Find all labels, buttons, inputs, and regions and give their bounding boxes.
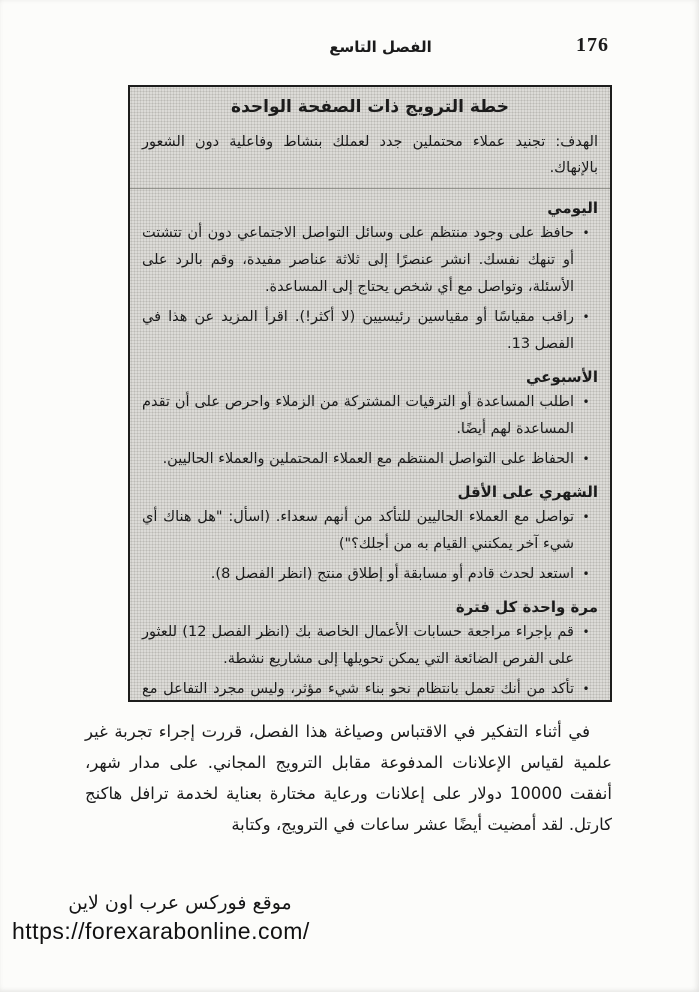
goal-divider <box>130 188 610 189</box>
list-item: • اطلب المساعدة أو الترقيات المشتركة من … <box>142 389 598 443</box>
bullet-text: تواصل مع العملاء الحاليين للتأكد من أنهم… <box>142 504 574 558</box>
bullet-text: الحفاظ على التواصل المنتظم مع العملاء ال… <box>142 446 574 473</box>
watermark-site-name: موقع فوركس عرب اون لاين <box>30 892 330 914</box>
page-number: 176 <box>576 34 609 57</box>
list-item: • راقب مقياسًا أو مقياسين رئيسيين (لا أك… <box>142 304 598 358</box>
watermark-site-url: https://forexarabonline.com/ <box>12 918 310 945</box>
bullet-text: قم بإجراء مراجعة حسابات الأعمال الخاصة ب… <box>142 619 574 673</box>
bullet-icon: • <box>574 676 598 702</box>
bullet-text: تأكد من أنك تعمل بانتظام نحو بناء شيء مؤ… <box>142 676 574 702</box>
bullet-text: راقب مقياسًا أو مقياسين رئيسيين (لا أكثر… <box>142 304 574 358</box>
bullet-icon: • <box>574 304 598 358</box>
list-item: • الحفاظ على التواصل المنتظم مع العملاء … <box>142 446 598 473</box>
list-item: • قم بإجراء مراجعة حسابات الأعمال الخاصة… <box>142 619 598 673</box>
list-item: • استعد لحدث قادم أو مسابقة أو إطلاق منت… <box>142 561 598 588</box>
book-page: الفصل التاسع 176 خطة الترويج ذات الصفحة … <box>0 0 699 992</box>
bullet-text: استعد لحدث قادم أو مسابقة أو إطلاق منتج … <box>142 561 574 588</box>
plan-section-periodic: مرة واحدة كل فترة • قم بإجراء مراجعة حسا… <box>142 598 598 702</box>
bullet-icon: • <box>574 389 598 443</box>
plan-section-weekly: الأسبوعي • اطلب المساعدة أو الترقيات الم… <box>142 368 598 473</box>
plan-section-monthly: الشهري على الأقل • تواصل مع العملاء الحا… <box>142 483 598 588</box>
list-item: • حافظ على وجود منتظم على وسائل التواصل … <box>142 220 598 301</box>
section-heading: مرة واحدة كل فترة <box>142 598 598 616</box>
bullet-icon: • <box>574 220 598 301</box>
bullet-text: حافظ على وجود منتظم على وسائل التواصل ال… <box>142 220 574 301</box>
bullet-icon: • <box>574 504 598 558</box>
plan-section-daily: اليومي • حافظ على وجود منتظم على وسائل ا… <box>142 199 598 358</box>
bullet-icon: • <box>574 446 598 473</box>
bullet-icon: • <box>574 619 598 673</box>
section-heading: الشهري على الأقل <box>142 483 598 501</box>
plan-box-title: خطة الترويج ذات الصفحة الواحدة <box>142 93 598 129</box>
section-heading: الأسبوعي <box>142 368 598 386</box>
body-paragraph: في أثناء التفكير في الاقتباس وصياغة هذا … <box>85 716 612 840</box>
section-heading: اليومي <box>142 199 598 217</box>
plan-goal: الهدف: تجنيد عملاء محتملين جدد لعملك بنش… <box>142 129 598 181</box>
bullet-text: اطلب المساعدة أو الترقيات المشتركة من ال… <box>142 389 574 443</box>
promotion-plan-box: خطة الترويج ذات الصفحة الواحدة الهدف: تج… <box>128 85 612 702</box>
list-item: • تأكد من أنك تعمل بانتظام نحو بناء شيء … <box>142 676 598 702</box>
list-item: • تواصل مع العملاء الحاليين للتأكد من أن… <box>142 504 598 558</box>
bullet-icon: • <box>574 561 598 588</box>
